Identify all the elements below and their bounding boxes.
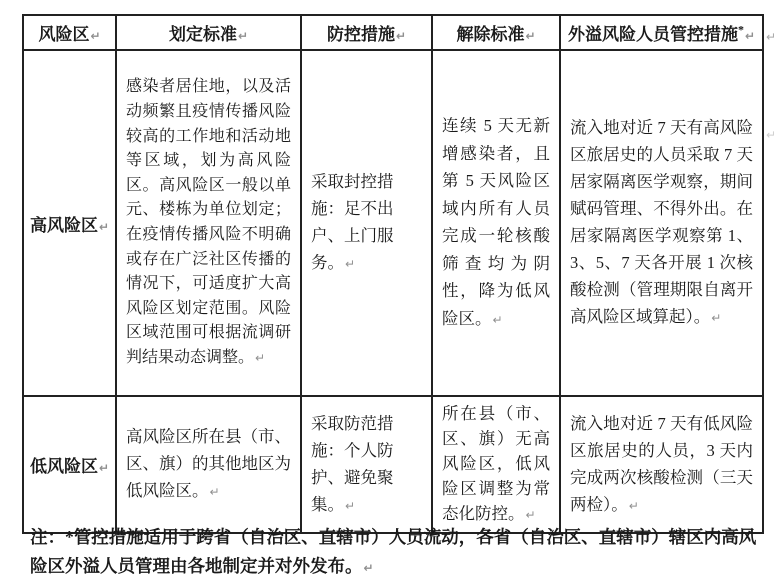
cell-measures-high-risk: 采取封控措施：足不出户、上门服务。↵	[301, 50, 432, 396]
paragraph-mark-icon: ↵	[210, 485, 220, 499]
paragraph-mark-icon: ↵	[525, 29, 535, 43]
zone-label: 高风险区	[30, 216, 98, 235]
paragraph-mark-icon: ↵	[364, 561, 374, 575]
paragraph-mark-icon: ↵	[396, 29, 406, 43]
cell-lifting-high-risk: 连续 5 天无新增感染者，且第 5 天风险区域内所有人员完成一轮核酸筛查均为阴性…	[432, 50, 560, 396]
column-header-lifting-criteria: 解除标准↵	[432, 15, 560, 50]
paragraph-mark-icon: ↵	[238, 29, 248, 43]
header-row: 风险区↵ 划定标准↵ 防控措施↵ 解除标准↵ 外溢风险人员管控措施*↵	[23, 15, 763, 50]
risk-zone-table: 风险区↵ 划定标准↵ 防控措施↵ 解除标准↵ 外溢风险人员管控措施*↵ 高风险区…	[22, 14, 764, 534]
footnote-text: 注：*管控措施适用于跨省（自治区、直辖市）人员流动，各省（自治区、直辖市）辖区内…	[30, 527, 756, 576]
cell-text: 流入地对近 7 天有高风险区旅居史的人员采取 7 天居家隔离医学观察，期间赋码管…	[570, 118, 753, 326]
header-label: 划定标准	[169, 25, 237, 44]
cell-text: 感染者居住地，以及活动频繁且疫情传播风险较高的工作地和活动地等区域，划为高风险区…	[126, 78, 291, 366]
column-header-designation-criteria: 划定标准↵	[116, 15, 301, 50]
paragraph-mark-icon: ↵	[255, 351, 265, 365]
paragraph-mark-icon: ↵	[493, 313, 503, 327]
paragraph-mark-icon: ↵	[345, 257, 355, 271]
cell-text: 所在县（市、区、旗）无高风险区，低风险区调整为常态化防控。	[442, 404, 550, 523]
cell-text: 流入地对近 7 天有低风险区旅居史的人员，3 天内完成两次核酸检测（三天两检）。	[570, 414, 753, 514]
cell-measures-low-risk: 采取防范措施：个人防护、避免聚集。↵	[301, 396, 432, 533]
column-header-risk-zone: 风险区↵	[23, 15, 116, 50]
paragraph-mark-icon: ↵	[99, 461, 109, 475]
cell-spillover-high-risk: 流入地对近 7 天有高风险区旅居史的人员采取 7 天居家隔离医学观察，期间赋码管…	[560, 50, 763, 396]
cell-criteria-low-risk: 高风险区所在县（市、区、旗）的其他地区为低风险区。↵	[116, 396, 301, 533]
column-header-control-measures: 防控措施↵	[301, 15, 432, 50]
cell-zone-low-risk: 低风险区↵	[23, 396, 116, 533]
paragraph-mark-icon: ↵	[99, 220, 109, 234]
row-end-mark-icon: ↵	[766, 30, 776, 44]
paragraph-mark-icon: ↵	[745, 29, 755, 43]
cell-lifting-low-risk: 所在县（市、区、旗）无高风险区，低风险区调整为常态化防控。↵	[432, 396, 560, 533]
paragraph-mark-icon: ↵	[526, 508, 536, 522]
column-header-spillover-measures: 外溢风险人员管控措施*↵	[560, 15, 763, 50]
table-row-high-risk: 高风险区↵ 感染者居住地，以及活动频繁且疫情传播风险较高的工作地和活动地等区域，…	[23, 50, 763, 396]
paragraph-mark-icon: ↵	[345, 499, 355, 513]
cell-zone-high-risk: 高风险区↵	[23, 50, 116, 396]
header-label: 解除标准	[456, 25, 524, 44]
footnote: 注：*管控措施适用于跨省（自治区、直辖市）人员流动，各省（自治区、直辖市）辖区内…	[30, 523, 764, 581]
row-end-mark-icon: ↵	[766, 128, 776, 142]
header-label: 风险区	[38, 25, 89, 44]
paragraph-mark-icon: ↵	[711, 311, 721, 325]
cell-text: 连续 5 天无新增感染者，且第 5 天风险区域内所有人员完成一轮核酸筛查均为阴性…	[442, 116, 550, 328]
paragraph-mark-icon: ↵	[629, 499, 639, 513]
cell-text: 高风险区所在县（市、区、旗）的其他地区为低风险区。	[126, 427, 291, 500]
header-label: 防控措施	[327, 25, 395, 44]
cell-criteria-high-risk: 感染者居住地，以及活动频繁且疫情传播风险较高的工作地和活动地等区域，划为高风险区…	[116, 50, 301, 396]
table-row-low-risk: 低风险区↵ 高风险区所在县（市、区、旗）的其他地区为低风险区。↵ 采取防范措施：…	[23, 396, 763, 533]
paragraph-mark-icon: ↵	[90, 29, 100, 43]
cell-spillover-low-risk: 流入地对近 7 天有低风险区旅居史的人员，3 天内完成两次核酸检测（三天两检）。…	[560, 396, 763, 533]
header-label: 外溢风险人员管控措施	[568, 25, 738, 44]
footnote-asterisk: *	[738, 22, 744, 36]
zone-label: 低风险区	[30, 457, 98, 476]
